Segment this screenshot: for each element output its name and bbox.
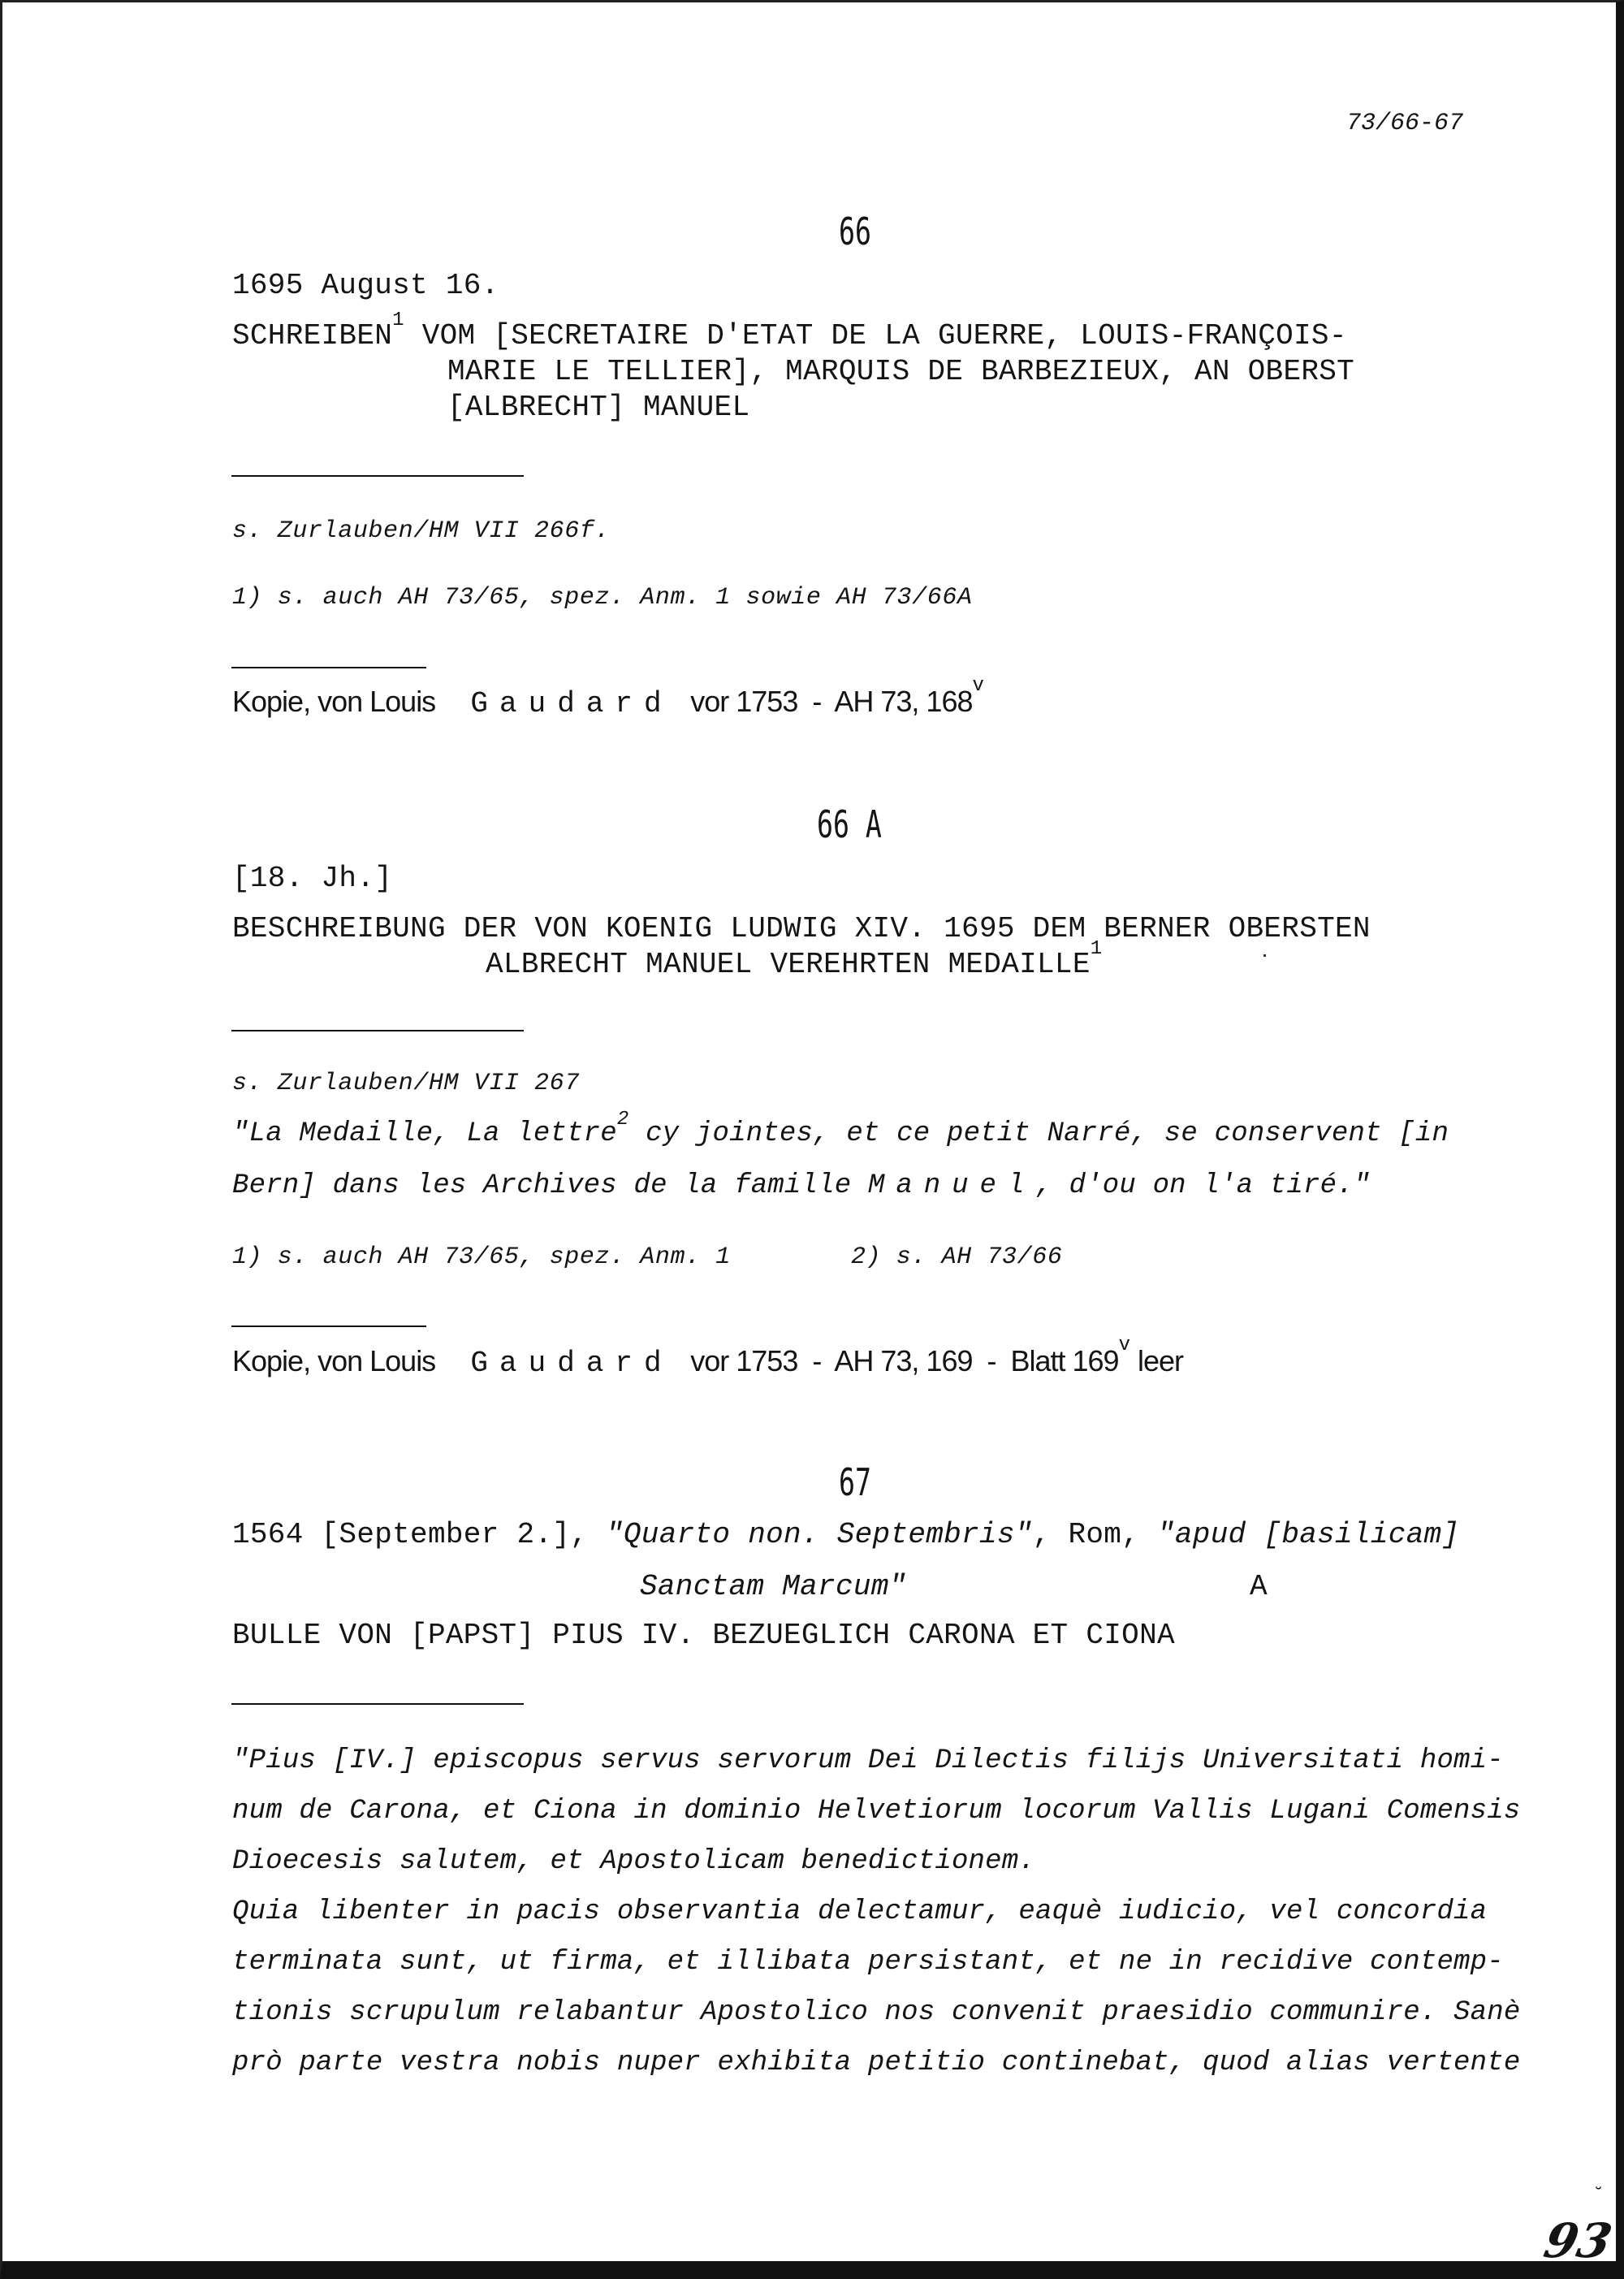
entry-number-66a: 66 A [817,802,882,846]
scan-speck [1263,954,1266,957]
entry-67-text-line: Quia libenter in pacis observantia delec… [232,1896,1487,1927]
entry-66-title-line3: [ALBRECHT] MANUEL [447,391,749,424]
entry-66-date: 1695 August 16. [232,269,499,302]
entry-66a-title-line1: BESCHREIBUNG DER VON KOENIG LUDWIG XIV. … [232,912,1371,945]
footnote-mark: 1 [392,309,404,331]
entry-66a-quote-line2: Bern] dans les Archives de la famille Ma… [232,1170,1370,1201]
entry-66a-copy-note: Kopie, von Louis Gaudard vor 1753 - AH 7… [232,1344,1183,1380]
entry-67-text-line: terminata sunt, ut firma, et illibata pe… [232,1947,1504,1978]
entry-66-source: s. Zurlauben/HM VII 266f. [232,517,610,545]
entry-66a-date: [18. Jh.] [232,862,392,895]
entry-number-67: 67 [839,1460,871,1504]
entry-66a-quote-line1: "La Medaille, La lettre2 cy jointes, et … [232,1118,1449,1149]
document-page: 73/66-67 66 1695 August 16. SCHREIBEN1 V… [0,0,1624,2279]
entry-66-copy-note: Kopie, von Louis Gaudard vor 1753 - AH 7… [232,685,984,720]
entry-66a-footnote-2: 2) s. AH 73/66 [851,1243,1062,1271]
divider [231,667,426,668]
entry-number-66: 66 [839,210,871,253]
divider [231,1325,426,1327]
divider [231,1703,524,1705]
entry-67-text-line: prò parte vestra nobis nuper exhibita pe… [232,2048,1520,2078]
entry-66a-footnote-1: 1) s. auch AH 73/65, spez. Anm. 1 [232,1243,731,1271]
handwritten-folio-number: 93 [1540,2213,1617,2268]
entry-67-text-line: num de Carona, et Ciona in dominio Helve… [232,1796,1520,1827]
entry-66-title-line1: SCHREIBEN1 VOM [SECRETAIRE D'ETAT DE LA … [232,319,1347,352]
entry-66a-title-line2: ALBRECHT MANUEL VEREHRTEN MEDAILLE1 [486,948,1102,981]
entry-67-text-line: tionis scrupulum relabantur Apostolico n… [232,1997,1520,2028]
entry-67-marker: A [1250,1570,1268,1603]
entry-66-title-line2: MARIE LE TELLIER], MARQUIS DE BARBEZIEUX… [447,355,1354,388]
entry-66-footnote-1: 1) s. auch AH 73/65, spez. Anm. 1 sowie … [232,584,973,612]
entry-67-text-line: "Pius [IV.] episcopus servus servorum De… [232,1745,1504,1776]
divider [231,1030,524,1031]
entry-67-date-line2: Sanctam Marcum" [640,1570,907,1603]
divider [231,475,524,477]
archive-reference: 73/66-67 [1346,110,1463,137]
handwritten-mark: ˘ [1594,2186,1603,2206]
entry-67-text-line: Dioecesis salutem, et Apostolicam benedi… [232,1846,1035,1877]
entry-66a-source: s. Zurlauben/HM VII 267 [232,1070,580,1097]
entry-67-date-line1: 1564 [September 2.], "Quarto non. Septem… [232,1518,1459,1551]
entry-67-title: BULLE VON [PAPST] PIUS IV. BEZUEGLICH CA… [232,1619,1175,1652]
